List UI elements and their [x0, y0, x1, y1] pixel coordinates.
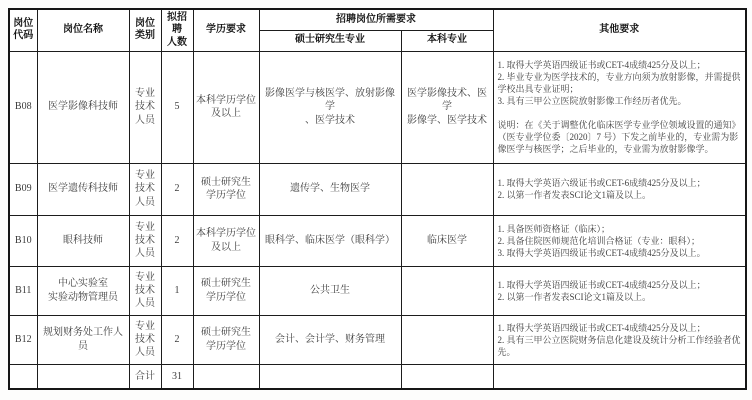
- master-major-cell: 会计、会计学、财务管理: [259, 315, 401, 364]
- education-cell: 硕士研究生 学历学位: [193, 315, 259, 364]
- header-master-major: 硕士研究生专业: [259, 30, 401, 51]
- position-code-cell: B09: [9, 163, 37, 215]
- position-code-cell: B10: [9, 215, 37, 266]
- position-name-cell: 医学影像科技师: [37, 51, 129, 163]
- header-bachelor-major: 本科专业: [401, 30, 493, 51]
- header-headcount: 拟招 聘 人数: [161, 9, 193, 51]
- other-requirements-cell: 1. 取得大学英语六级证书或CET-6成绩425分及以上； 2. 以第一作者发表…: [493, 163, 746, 215]
- headcount-cell: 5: [161, 51, 193, 163]
- empty-cell: [259, 364, 401, 389]
- position-code-cell: B08: [9, 51, 37, 163]
- position-name-cell: 规划财务处工作人员: [37, 315, 129, 364]
- education-cell: 硕士研究生 学历学位: [193, 163, 259, 215]
- empty-cell: [37, 364, 129, 389]
- bachelor-major-cell: [401, 315, 493, 364]
- bachelor-major-cell: 临床医学: [401, 215, 493, 266]
- header-row-1: 岗位代码 岗位名称 岗位类别 拟招 聘 人数 学历要求 招聘岗位所需要求 其他要…: [9, 9, 746, 30]
- education-cell: 本科学历学位 及以上: [193, 51, 259, 163]
- position-name-cell: 眼科技师: [37, 215, 129, 266]
- position-type-cell: 专业技术人员: [129, 163, 161, 215]
- headcount-cell: 2: [161, 315, 193, 364]
- total-label-cell: 合计: [129, 364, 161, 389]
- bachelor-major-cell: [401, 266, 493, 315]
- master-major-cell: 眼科学、临床医学（眼科学）: [259, 215, 401, 266]
- master-major-cell: 遗传学、生物医学: [259, 163, 401, 215]
- table-row-b12: B12 规划财务处工作人员 专业技术人员 2 硕士研究生 学历学位 会计、会计学…: [9, 315, 746, 364]
- other-requirements-cell: 1. 具备医师资格证（临床）； 2. 具备住院医师规范化培训合格证（专业：眼科）…: [493, 215, 746, 266]
- header-position-code: 岗位代码: [9, 9, 37, 51]
- position-type-cell: 专业技术人员: [129, 51, 161, 163]
- master-major-cell: 公共卫生: [259, 266, 401, 315]
- headcount-cell: 1: [161, 266, 193, 315]
- headcount-cell: 2: [161, 215, 193, 266]
- table-row-b11: B11 中心实验室 实验动物管理员 专业技术人员 1 硕士研究生 学历学位 公共…: [9, 266, 746, 315]
- position-code-cell: B12: [9, 315, 37, 364]
- other-requirements-cell: 1. 取得大学英语四级证书或CET-4成绩425分及以上； 2. 毕业专业为医学…: [493, 51, 746, 163]
- bachelor-major-cell: [401, 163, 493, 215]
- total-row: 合计 31: [9, 364, 746, 389]
- position-type-cell: 专业技术人员: [129, 266, 161, 315]
- table-row-b10: B10 眼科技师 专业技术人员 2 本科学历学位 及以上 眼科学、临床医学（眼科…: [9, 215, 746, 266]
- empty-cell: [493, 364, 746, 389]
- position-code-cell: B11: [9, 266, 37, 315]
- position-type-cell: 专业技术人员: [129, 315, 161, 364]
- empty-cell: [401, 364, 493, 389]
- position-type-cell: 专业技术人员: [129, 215, 161, 266]
- header-education: 学历要求: [193, 9, 259, 51]
- header-requirements-group: 招聘岗位所需要求: [259, 9, 493, 30]
- bachelor-major-cell: 医学影像技术、医学 影像学、医学技术: [401, 51, 493, 163]
- education-cell: 本科学历学位 及以上: [193, 215, 259, 266]
- other-requirements-cell: 1. 取得大学英语四级证书或CET-4成绩425分及以上； 2. 具有三甲公立医…: [493, 315, 746, 364]
- header-other-requirements: 其他要求: [493, 9, 746, 51]
- table-row-b08: B08 医学影像科技师 专业技术人员 5 本科学历学位 及以上 影像医学与核医学…: [9, 51, 746, 163]
- recruitment-positions-table: 岗位代码 岗位名称 岗位类别 拟招 聘 人数 学历要求 招聘岗位所需要求 其他要…: [8, 8, 747, 390]
- header-position-name: 岗位名称: [37, 9, 129, 51]
- position-name-cell: 医学遗传科技师: [37, 163, 129, 215]
- headcount-cell: 2: [161, 163, 193, 215]
- table-row-b09: B09 医学遗传科技师 专业技术人员 2 硕士研究生 学历学位 遗传学、生物医学…: [9, 163, 746, 215]
- recruitment-document-page: 岗位代码 岗位名称 岗位类别 拟招 聘 人数 学历要求 招聘岗位所需要求 其他要…: [0, 0, 752, 400]
- total-count-cell: 31: [161, 364, 193, 389]
- position-name-cell: 中心实验室 实验动物管理员: [37, 266, 129, 315]
- education-cell: 硕士研究生 学历学位: [193, 266, 259, 315]
- empty-cell: [193, 364, 259, 389]
- master-major-cell: 影像医学与核医学、放射影像学 、医学技术: [259, 51, 401, 163]
- other-requirements-cell: 1. 取得大学英语四级证书或CET-4成绩425分及以上； 2. 以第一作者发表…: [493, 266, 746, 315]
- empty-cell: [9, 364, 37, 389]
- header-position-type: 岗位类别: [129, 9, 161, 51]
